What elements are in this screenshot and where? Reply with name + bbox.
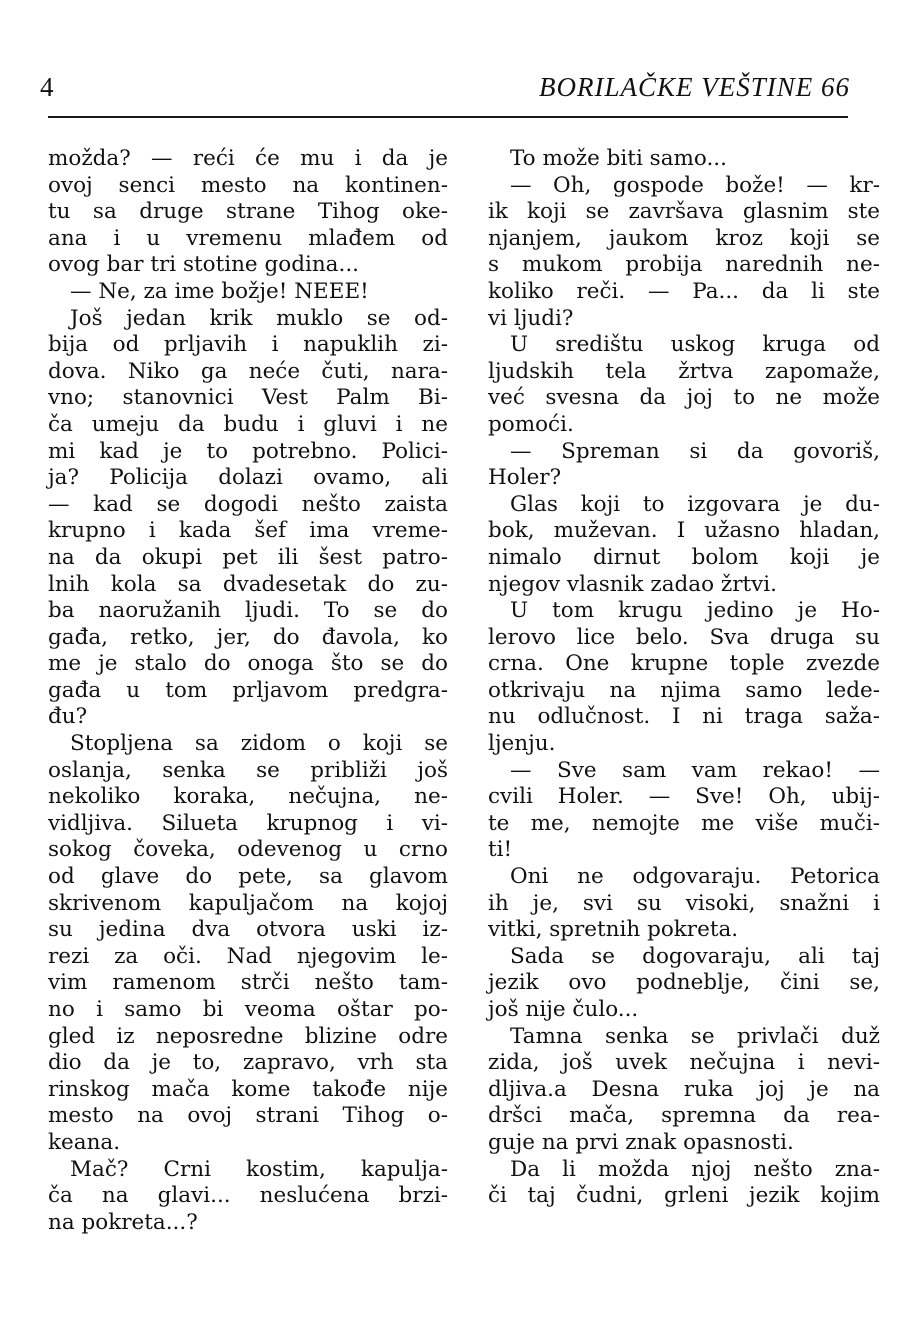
- text-line: dršci mača, spremna da rea-: [488, 1103, 880, 1130]
- text-line: ča umeju da budu i gluvi i ne: [48, 412, 448, 439]
- text-line: ovoj senci mesto na kontinen-: [48, 173, 448, 200]
- text-line: vi ljudi?: [488, 306, 880, 333]
- text-line: crna. One krupne tople zvezde: [488, 651, 880, 678]
- text-line: rinskog mača kome takođe nije: [48, 1077, 448, 1104]
- text-line: To može biti samo...: [488, 146, 880, 173]
- text-line: Još jedan krik muklo se od-: [48, 306, 448, 333]
- text-line: vidljiva. Silueta krupnog i vi-: [48, 811, 448, 838]
- text-line: gađa, retko, jer, do đavola, ko: [48, 625, 448, 652]
- text-line: — Ne, za ime božje! NEEE!: [48, 279, 448, 306]
- text-line: njegov vlasnik zadao žrtvi.: [488, 572, 880, 599]
- text-line: ovog bar tri stotine godina...: [48, 252, 448, 279]
- text-line: mi kad je to potrebno. Polici-: [48, 439, 448, 466]
- text-line: Sada se dogovaraju, ali taj: [488, 944, 880, 971]
- text-line: dova. Niko ga neće čuti, nara-: [48, 359, 448, 386]
- page-number: 4: [40, 72, 54, 103]
- text-line: cvili Holer. — Sve! Oh, ubij-: [488, 784, 880, 811]
- text-line: jezik ovo podneblje, čini se,: [488, 970, 880, 997]
- text-column-left: možda? — reći će mu i da jeovoj senci me…: [48, 146, 448, 1236]
- page-header: 4 BORILAČKE VEŠTINE 66: [40, 72, 850, 112]
- text-line: bok, muževan. I užasno hladan,: [488, 518, 880, 545]
- text-line: đu?: [48, 704, 448, 731]
- text-line: skrivenom kapuljačom na kojoj: [48, 891, 448, 918]
- text-line: zida, još uvek nečujna i nevi-: [488, 1050, 880, 1077]
- text-line: njanjem, jaukom kroz koji se: [488, 226, 880, 253]
- text-line: ba naoružanih ljudi. To se do: [48, 598, 448, 625]
- text-line: no i samo bi veoma oštar po-: [48, 997, 448, 1024]
- text-line: Tamna senka se privlači duž: [488, 1024, 880, 1051]
- text-line: dio da je to, zapravo, vrh sta: [48, 1050, 448, 1077]
- text-line: — Spreman si da govoriš,: [488, 439, 880, 466]
- text-line: gled iz neposredne blizine odre: [48, 1024, 448, 1051]
- text-line: Oni ne odgovaraju. Petorica: [488, 864, 880, 891]
- text-line: vitki, spretnih pokreta.: [488, 917, 880, 944]
- text-line: ja? Policija dolazi ovamo, ali: [48, 465, 448, 492]
- text-line: Glas koji to izgovara je du-: [488, 492, 880, 519]
- text-line: — kad se dogodi nešto zaista: [48, 492, 448, 519]
- text-line: koliko reči. — Pa... da li ste: [488, 279, 880, 306]
- text-line: na da okupi pet ili šest patro-: [48, 545, 448, 572]
- text-line: Mač? Crni kostim, kapulja-: [48, 1157, 448, 1184]
- header-divider: [48, 116, 848, 118]
- text-line: s mukom probija narednih ne-: [488, 252, 880, 279]
- text-line: krupno i kada šef ima vreme-: [48, 518, 448, 545]
- text-line: tu sa druge strane Tihog oke-: [48, 199, 448, 226]
- text-line: ik koji se završava glasnim ste: [488, 199, 880, 226]
- text-line: su jedina dva otvora uski iz-: [48, 917, 448, 944]
- text-column-right: To može biti samo...— Oh, gospode bože! …: [488, 146, 880, 1210]
- text-line: Stopljena sa zidom o koji se: [48, 731, 448, 758]
- text-line: U središtu uskog kruga od: [488, 332, 880, 359]
- text-line: gađa u tom prljavom predgra-: [48, 678, 448, 705]
- text-line: ana i u vremenu mlađem od: [48, 226, 448, 253]
- text-line: vim ramenom strči nešto tam-: [48, 970, 448, 997]
- text-line: U tom krugu jedino je Ho-: [488, 598, 880, 625]
- text-line: možda? — reći će mu i da je: [48, 146, 448, 173]
- text-line: na pokreta...?: [48, 1210, 448, 1237]
- text-line: ih je, svi su visoki, snažni i: [488, 891, 880, 918]
- text-line: ti!: [488, 837, 880, 864]
- text-line: mesto na ovoj strani Tihog o-: [48, 1103, 448, 1130]
- text-line: pomoći.: [488, 412, 880, 439]
- text-line: oslanja, senka se približi još: [48, 758, 448, 785]
- text-line: lerovo lice belo. Sva druga su: [488, 625, 880, 652]
- book-page: 4 BORILAČKE VEŠTINE 66 možda? — reći će …: [0, 0, 900, 1320]
- text-line: otkrivaju na njima samo lede-: [488, 678, 880, 705]
- text-line: bija od prljavih i napuklih zi-: [48, 332, 448, 359]
- text-line: od glave do pete, sa glavom: [48, 864, 448, 891]
- text-line: još nije čulo...: [488, 997, 880, 1024]
- text-line: ljudskih tela žrtva zapomaže,: [488, 359, 880, 386]
- text-line: nimalo dirnut bolom koji je: [488, 545, 880, 572]
- text-line: vno; stanovnici Vest Palm Bi-: [48, 385, 448, 412]
- text-line: ljenju.: [488, 731, 880, 758]
- text-line: keana.: [48, 1130, 448, 1157]
- text-line: sokog čoveka, odevenog u crno: [48, 837, 448, 864]
- text-line: me je stalo do onoga što se do: [48, 651, 448, 678]
- text-line: ča na glavi... neslućena brzi-: [48, 1183, 448, 1210]
- text-line: Holer?: [488, 465, 880, 492]
- text-line: — Sve sam vam rekao! —: [488, 758, 880, 785]
- running-title: BORILAČKE VEŠTINE 66: [539, 72, 850, 103]
- text-line: nekoliko koraka, nečujna, ne-: [48, 784, 448, 811]
- text-line: guje na prvi znak opasnosti.: [488, 1130, 880, 1157]
- text-line: te me, nemojte me više muči-: [488, 811, 880, 838]
- text-line: dljiva.a Desna ruka joj je na: [488, 1077, 880, 1104]
- text-line: već svesna da joj to ne može: [488, 385, 880, 412]
- text-line: či taj čudni, grleni jezik kojim: [488, 1183, 880, 1210]
- text-line: lnih kola sa dvadesetak do zu-: [48, 572, 448, 599]
- text-line: nu odlučnost. I ni traga saža-: [488, 704, 880, 731]
- text-line: rezi za oči. Nad njegovim le-: [48, 944, 448, 971]
- text-line: — Oh, gospode bože! — kr-: [488, 173, 880, 200]
- text-line: Da li možda njoj nešto zna-: [488, 1157, 880, 1184]
